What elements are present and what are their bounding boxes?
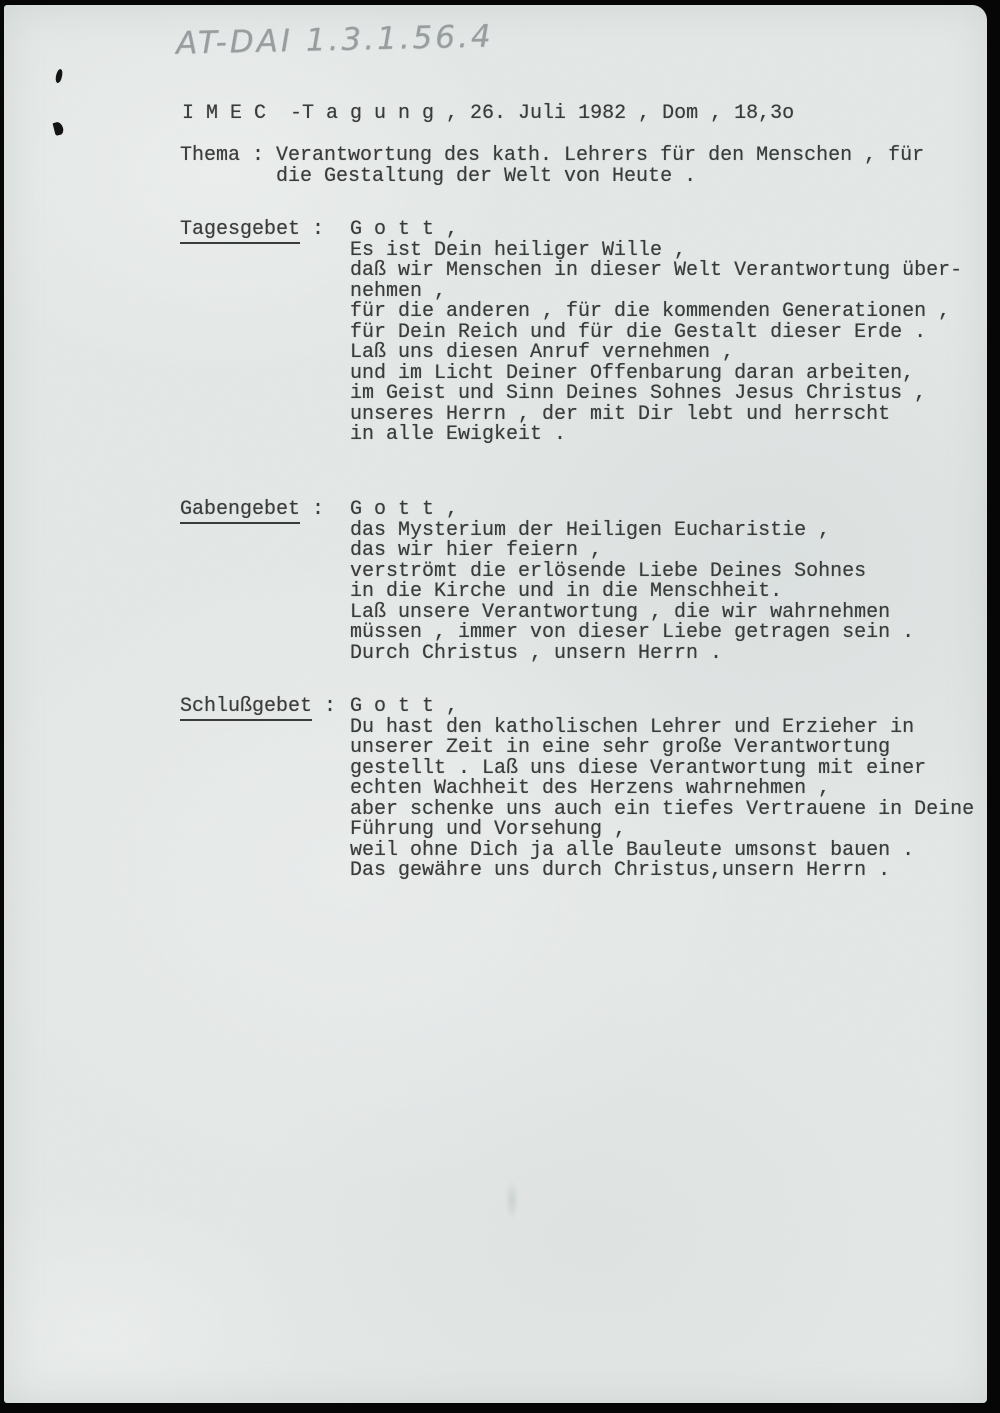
tagesgebet-colon: : [300,218,324,241]
document-title: I M E C -T a g u n g , 26. Juli 1982 , D… [182,104,794,125]
schlussgebet-prayer-text: G o t t , Du hast den katholischen Lehre… [350,697,974,882]
schlussgebet-label-underlined: Schlußgebet [180,695,312,721]
thema-label: Thema : [180,146,276,167]
schlussgebet-label: Schlußgebet : [180,697,350,718]
tagesgebet-label: Tagesgebet : [180,220,350,241]
section-schlussgebet: Schlußgebet : G o t t , Du hast den kath… [180,697,974,882]
gabengebet-label-underlined: Gabengebet [180,498,300,524]
gabengebet-label: Gabengebet : [180,500,350,521]
tagesgebet-prayer-text: G o t t , Es ist Dein heiliger Wille , d… [350,220,962,446]
section-tagesgebet: Tagesgebet : G o t t , Es ist Dein heili… [180,220,962,446]
gabengebet-prayer-text: G o t t , das Mysterium der Heiligen Euc… [350,500,914,664]
tagesgebet-label-underlined: Tagesgebet [180,218,300,244]
gabengebet-colon: : [300,498,324,521]
schlussgebet-colon: : [312,695,336,718]
archival-reference-handwritten: AT-DAI 1.3.1.56.4 [176,18,494,61]
section-gabengebet: Gabengebet : G o t t , das Mysterium der… [180,500,914,664]
scanned-document: { "archive_note": "AT-DAI 1.3.1.56.4", "… [0,0,1000,1413]
paper-smudge [505,1180,519,1220]
section-thema: Thema : Verantwortung des kath. Lehrers … [180,146,924,187]
thema-text: Verantwortung des kath. Lehrers für den … [276,146,924,187]
